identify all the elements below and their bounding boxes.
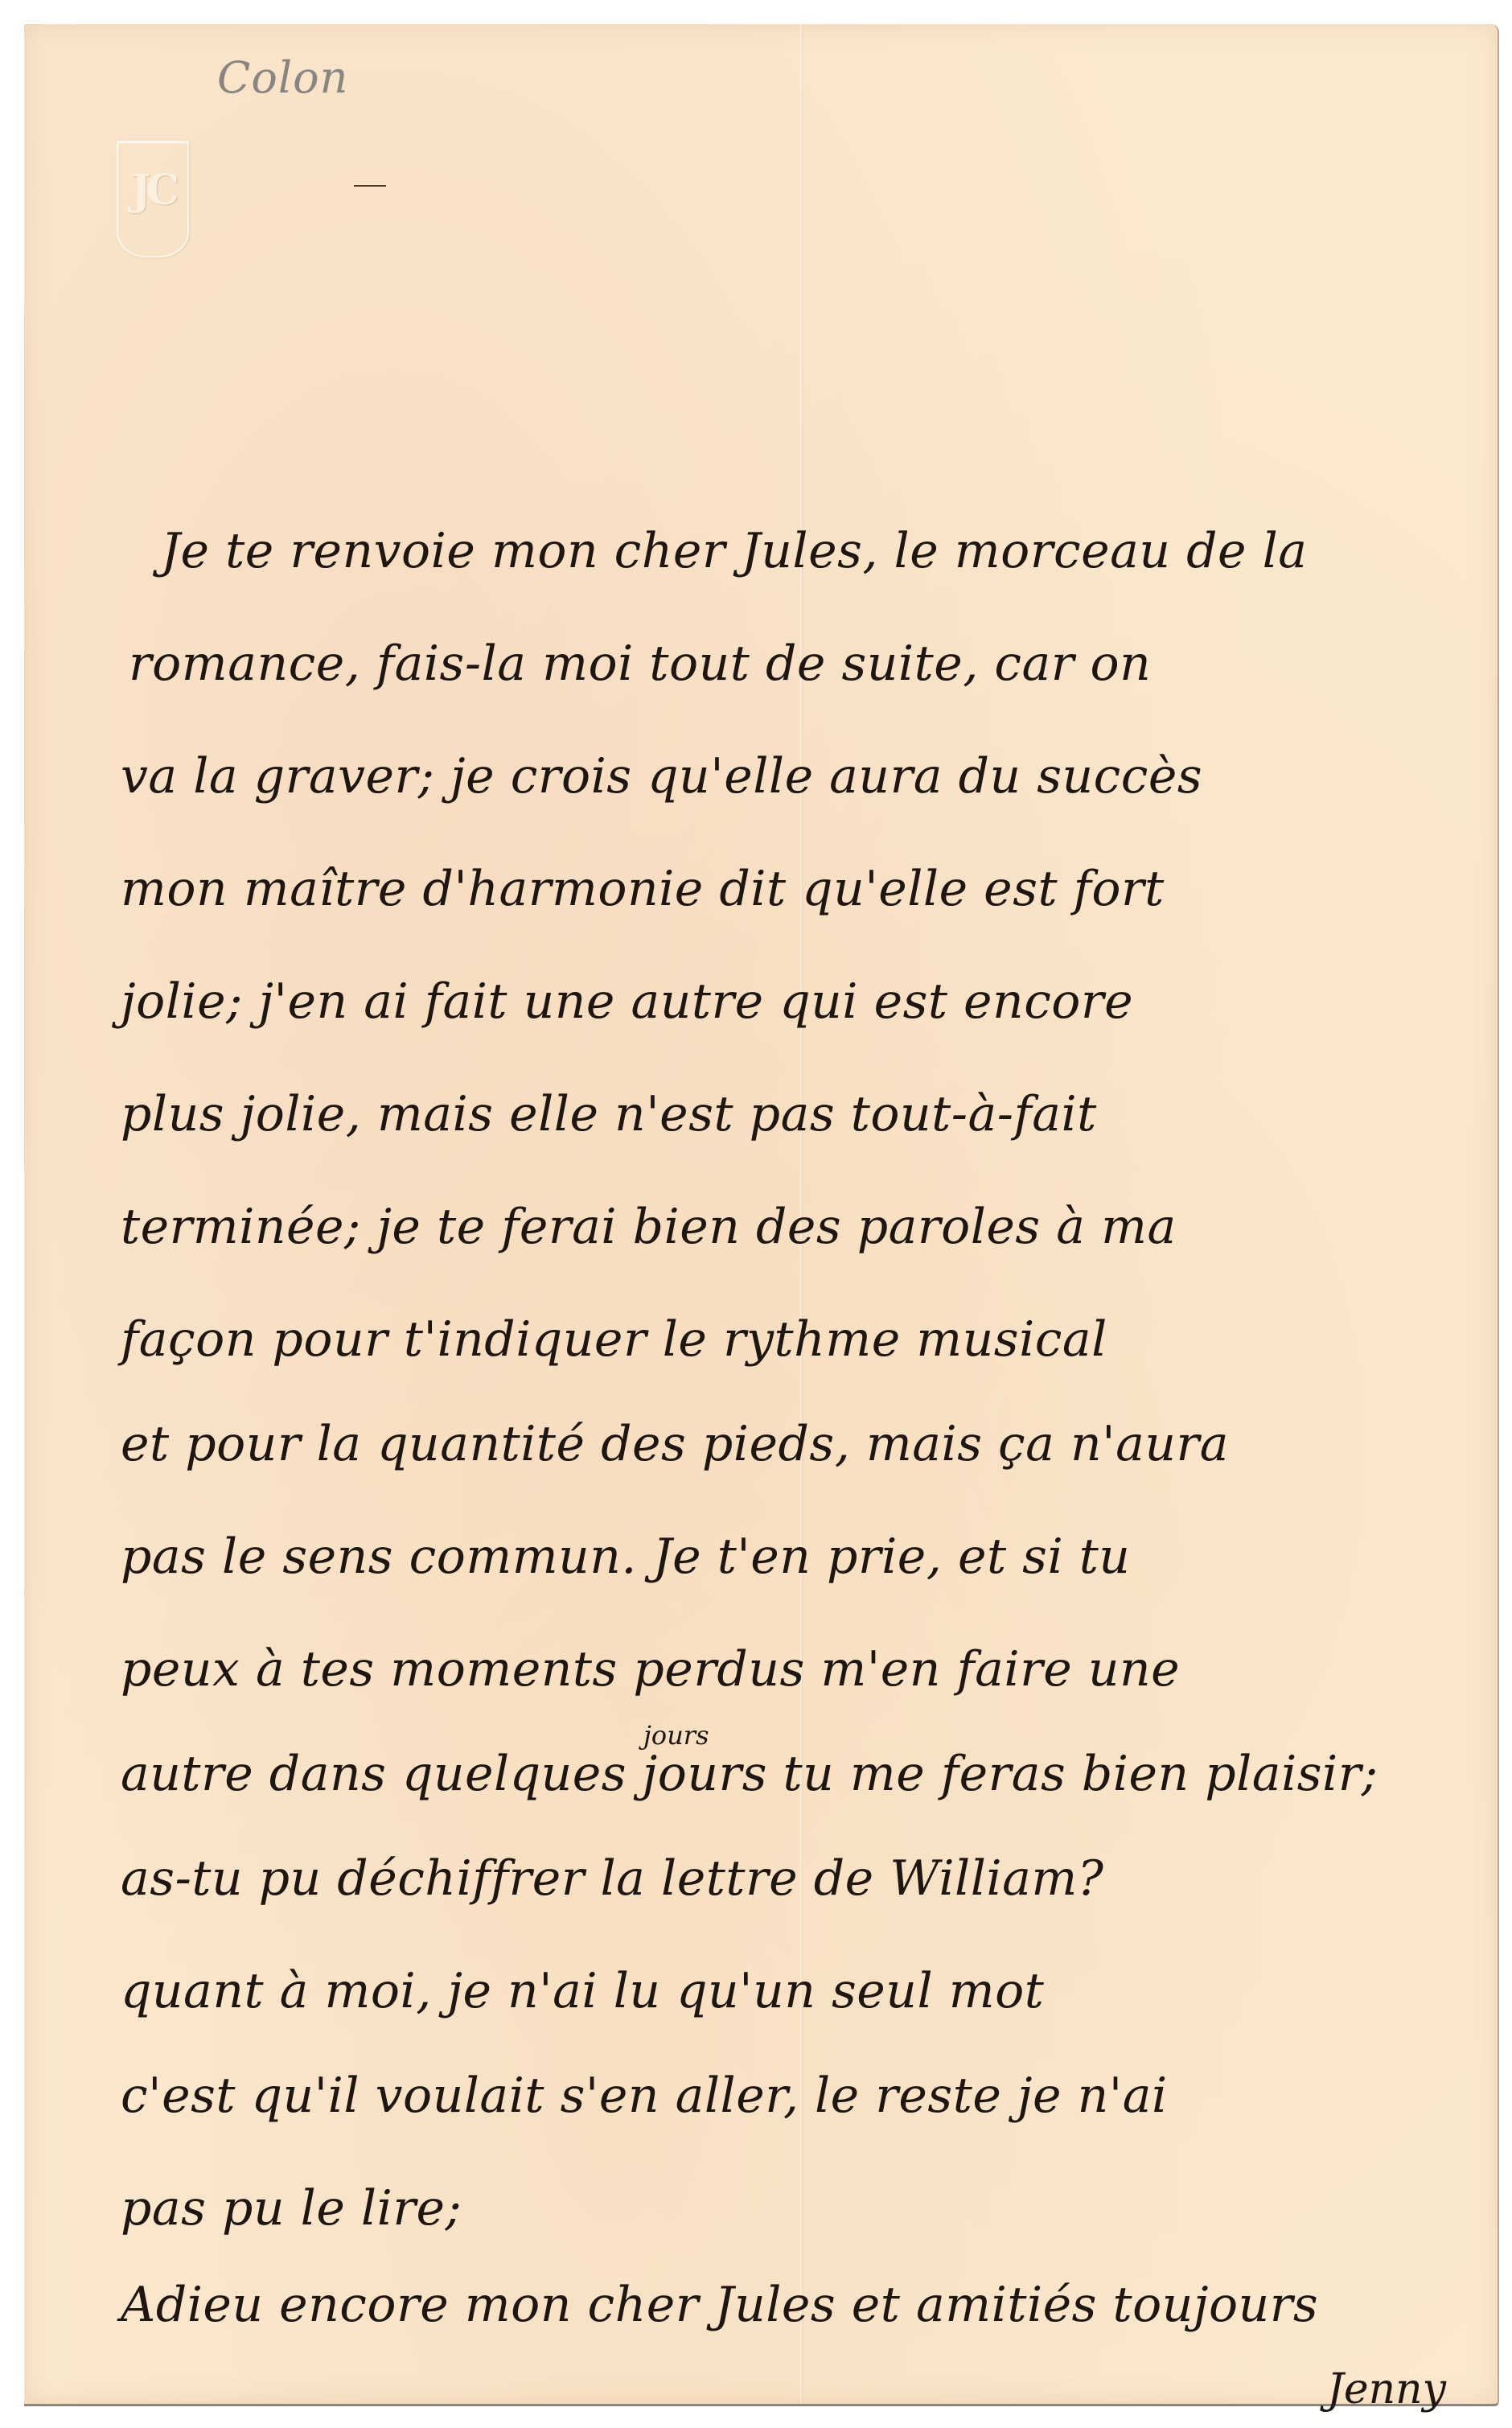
letter-line: autre dans quelques jours tu me feras bi… [121,1746,1378,1802]
interlinear-insertion: jours [643,1720,709,1751]
letter-line: terminée; je te ferai bien des paroles à… [121,1199,1177,1255]
letter-line: pas pu le lire; [121,2180,462,2237]
letter-line: peux à tes moments perdus m'en faire une [121,1641,1180,1698]
letter-line: plus jolie, mais elle n'est pas tout-à-f… [121,1086,1097,1142]
letter-line: quant à moi, je n'ai lu qu'un seul mot [121,1963,1044,2019]
pencil-annotation: Colon [217,52,348,103]
letter-line: c'est qu'il voulait s'en aller, le reste… [121,2068,1168,2124]
embossed-monogram: JC [118,166,187,215]
signature: Jenny [1327,2365,1446,2414]
header-dash [354,185,386,187]
letter-line: façon pour t'indiquer le rythme musical [121,1311,1107,1368]
letter-line: jolie; j'en ai fait une autre qui est en… [121,973,1133,1030]
letter-line: Je te renvoie mon cher Jules, le morceau… [161,523,1308,579]
letter-line: romance, fais-la moi tout de suite, car … [129,636,1151,692]
letter-line: as-tu pu déchiffrer la lettre de William… [121,1850,1103,1907]
letter-line: pas le sens commun. Je t'en prie, et si … [121,1529,1130,1585]
letter-page: Colon JC Je te renvoie mon cher Jules, l… [24,24,1499,2406]
letter-line: va la graver; je crois qu'elle aura du s… [121,748,1202,805]
letter-line: mon maître d'harmonie dit qu'elle est fo… [121,861,1165,917]
embossed-shield: JC [117,141,189,257]
letter-line: et pour la quantité des pieds, mais ça n… [121,1416,1229,1472]
letter-line: Adieu encore mon cher Jules et amitiés t… [121,2277,1318,2333]
